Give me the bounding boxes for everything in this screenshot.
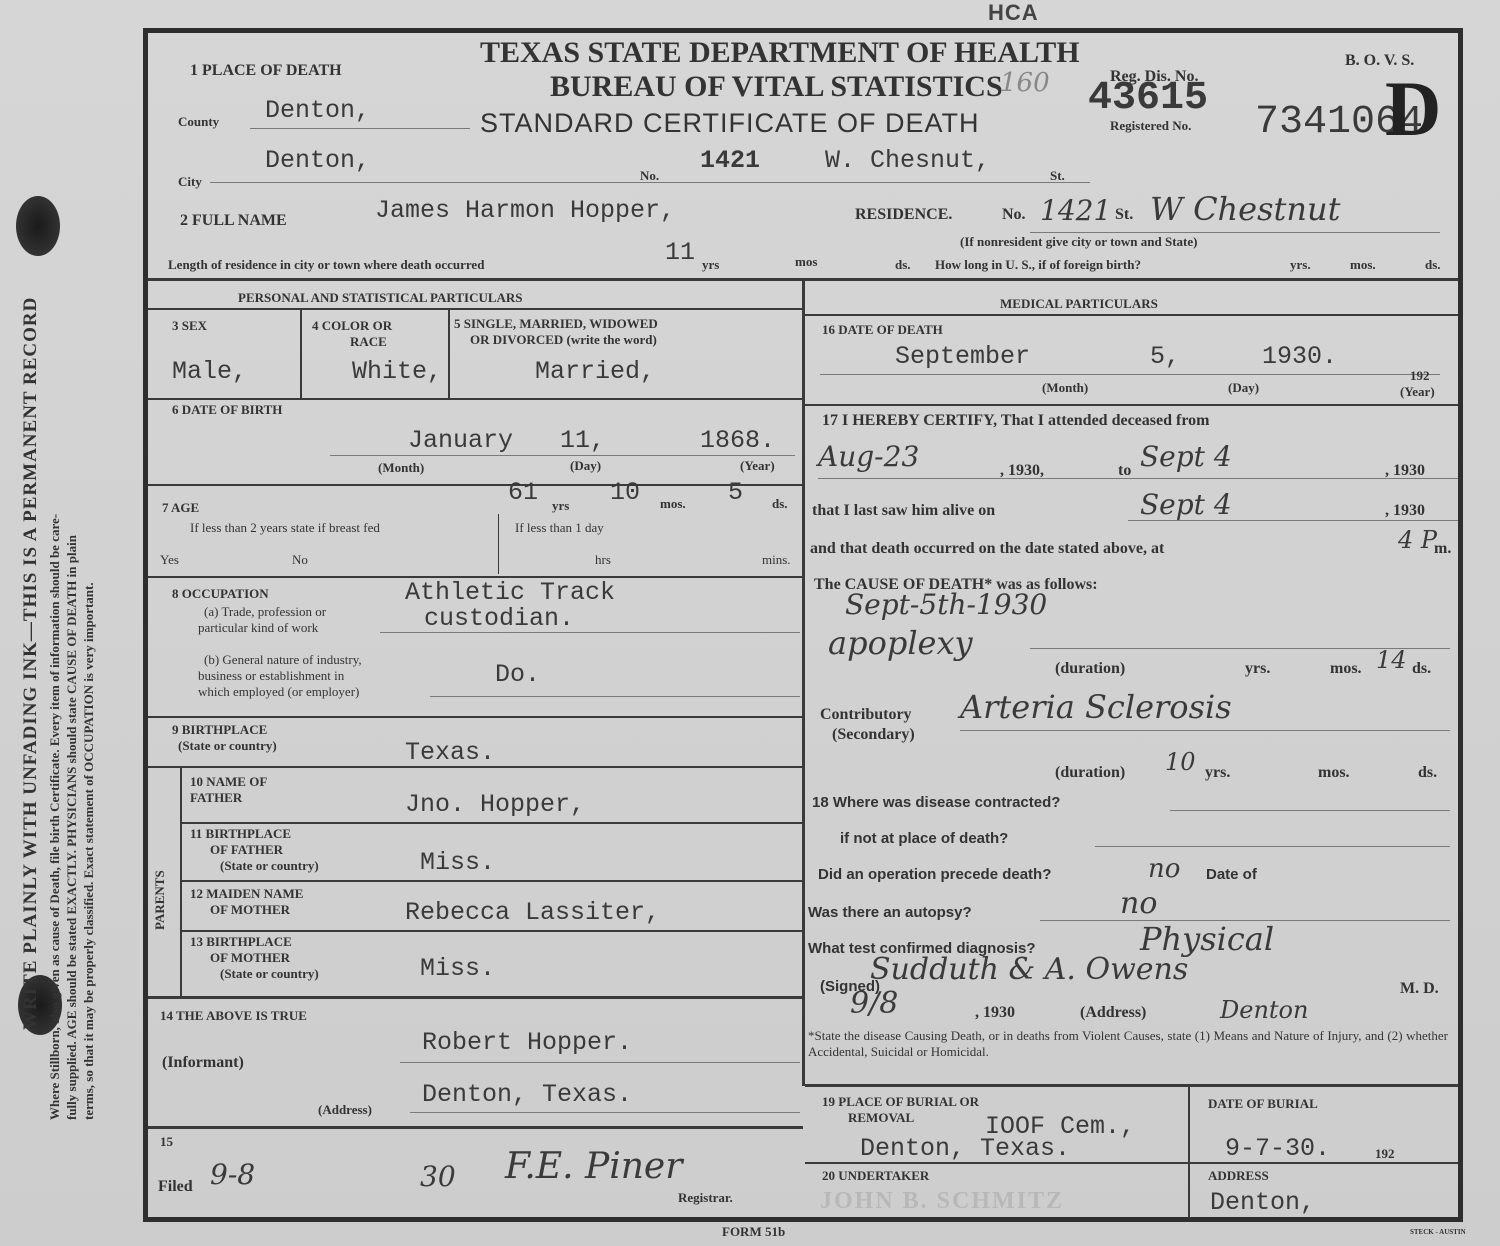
occupation-line2: custodian. bbox=[424, 604, 574, 633]
divider bbox=[805, 1162, 1458, 1164]
dod-month-label: (Month) bbox=[1042, 380, 1088, 396]
foreign-birth-label: How long in U. S., if of foreign birth? bbox=[935, 257, 1141, 273]
dod-label: 16 DATE OF DEATH bbox=[822, 322, 943, 338]
birthplace-sublabel: (State or country) bbox=[178, 738, 277, 754]
occupation-label: 8 OCCUPATION bbox=[172, 586, 269, 602]
less-day-note: If less than 1 day bbox=[515, 520, 604, 536]
filed-year: 30 bbox=[420, 1160, 456, 1193]
divider bbox=[148, 766, 803, 768]
foreign-yrs-label: yrs. bbox=[1290, 257, 1311, 273]
divider bbox=[180, 880, 803, 882]
nonresident-note: (If nonresident give city or town and St… bbox=[960, 234, 1198, 250]
contrib-duration-label: (duration) bbox=[1055, 764, 1125, 782]
contributory-label: Contributory bbox=[820, 706, 912, 724]
contrib-ds-label: ds. bbox=[1418, 764, 1437, 782]
dob-month: January bbox=[408, 426, 513, 455]
registrar-label: Registrar. bbox=[678, 1190, 733, 1206]
age-label: 7 AGE bbox=[162, 500, 199, 516]
contracted-question: 18 Where was disease contracted? bbox=[812, 794, 1060, 811]
residence-no-label: No. bbox=[1002, 206, 1026, 224]
marital-sublabel: OR DIVORCED (write the word) bbox=[470, 332, 657, 348]
mother-bp-sublabel: OF MOTHER bbox=[210, 950, 290, 966]
cause-line1: Sept-5th-1930 bbox=[845, 588, 1047, 621]
form-letter: D bbox=[1385, 64, 1441, 154]
dod-month: September bbox=[895, 342, 1030, 371]
column-divider bbox=[802, 280, 805, 1086]
undertaker-stamp: JOHN B. SCHMITZ bbox=[820, 1188, 1064, 1215]
city-line bbox=[210, 182, 1090, 183]
occ-b-label: (b) General nature of industry, bbox=[204, 652, 362, 668]
residence-street: W Chestnut bbox=[1150, 190, 1340, 228]
full-name-label: 2 FULL NAME bbox=[180, 212, 287, 230]
operation-question: Did an operation precede death? bbox=[818, 866, 1051, 883]
sex-value: Male, bbox=[172, 357, 247, 386]
age-years: 61 bbox=[508, 478, 538, 507]
not-place-question: if not at place of death? bbox=[840, 830, 1008, 847]
mos-label: mos bbox=[795, 254, 817, 270]
handwritten-number: 160 bbox=[1000, 68, 1050, 98]
date-of-label: Date of bbox=[1206, 866, 1257, 883]
foreign-mos-label: mos. bbox=[1350, 257, 1376, 273]
side-note-line: fully supplied. AGE should be stated EXA… bbox=[63, 50, 80, 1190]
attended-to: Sept 4 bbox=[1140, 440, 1232, 473]
occupation-line bbox=[380, 632, 800, 633]
occ-a-sublabel: particular kind of work bbox=[198, 620, 318, 636]
age-yrs-label: yrs bbox=[552, 498, 569, 514]
last-saw-line bbox=[1128, 520, 1458, 521]
bureau-title: BUREAU OF VITAL STATISTICS bbox=[550, 70, 1003, 104]
residence-length-yrs: 11 bbox=[665, 238, 695, 267]
county-value: Denton, bbox=[265, 96, 370, 125]
medical-section-title: MEDICAL PARTICULARS bbox=[1000, 296, 1158, 312]
undertaker-address: Denton, bbox=[1210, 1188, 1315, 1217]
attended-line bbox=[818, 478, 1458, 479]
year-label: (Year) bbox=[740, 458, 775, 474]
day-label: (Day) bbox=[570, 458, 601, 474]
informant-label: (Informant) bbox=[162, 1054, 244, 1072]
burial-date: 9-7-30. bbox=[1225, 1134, 1330, 1163]
father-name: Jno. Hopper, bbox=[405, 790, 585, 819]
city-label: City bbox=[178, 174, 202, 190]
address-label: (Address) bbox=[318, 1102, 372, 1118]
color-label: 4 COLOR OR bbox=[312, 318, 392, 334]
place-of-death-label: 1 PLACE OF DEATH bbox=[190, 62, 342, 80]
hrs-label: hrs bbox=[595, 552, 611, 568]
certify-text: 17 I HEREBY CERTIFY, That I attended dec… bbox=[822, 412, 1209, 430]
signed-year: , 1930 bbox=[975, 1004, 1015, 1022]
divider bbox=[180, 822, 803, 824]
occ-b-sublabel2: which employed (or employer) bbox=[198, 684, 359, 700]
sex-label: 3 SEX bbox=[172, 318, 207, 334]
occupation-line1: Athletic Track bbox=[405, 578, 615, 607]
divider bbox=[180, 768, 182, 996]
burial-date-192: 192 bbox=[1375, 1146, 1395, 1162]
age-days: 5 bbox=[728, 478, 743, 507]
informant-address: Denton, Texas. bbox=[422, 1080, 632, 1109]
yes-label: Yes bbox=[160, 552, 179, 568]
residence-st-label: St. bbox=[1115, 206, 1133, 224]
informant-name: Robert Hopper. bbox=[422, 1028, 632, 1057]
last-saw-date: Sept 4 bbox=[1140, 488, 1232, 521]
street-name: W. Chesnut, bbox=[825, 146, 990, 175]
reg-dis-number: 43615 bbox=[1088, 76, 1208, 121]
county-line bbox=[250, 128, 470, 129]
last-saw-text: that I last saw him alive on bbox=[812, 502, 995, 520]
cause-duration-days: 14 bbox=[1376, 646, 1407, 674]
ds-label: ds. bbox=[895, 257, 911, 273]
contrib-mos-label: mos. bbox=[1318, 764, 1350, 782]
marital-value: Married, bbox=[535, 357, 655, 386]
father-bp-sublabel: OF FATHER bbox=[210, 842, 283, 858]
father-bp-label: 11 BIRTHPLACE bbox=[190, 826, 291, 842]
divider bbox=[1188, 1086, 1190, 1218]
breast-fed-note: If less than 2 years state if breast fed bbox=[190, 520, 380, 536]
personal-section-title: PERSONAL AND STATISTICAL PARTICULARS bbox=[238, 290, 523, 306]
side-note-title: WRITE PLAINLY WITH UNFADING INK—THIS IS … bbox=[20, 50, 42, 1190]
divider bbox=[148, 308, 803, 310]
not-place-line bbox=[1095, 846, 1450, 847]
divider bbox=[148, 716, 803, 718]
mother-bp-label: 13 BIRTHPLACE bbox=[190, 934, 292, 950]
industry-line bbox=[430, 696, 800, 697]
divider bbox=[805, 314, 1458, 316]
age-ds-label: ds. bbox=[772, 496, 788, 512]
dept-title: TEXAS STATE DEPARTMENT OF HEALTH bbox=[480, 36, 1080, 70]
side-note-line: Where Stillborn, also given as cause of … bbox=[46, 50, 63, 1190]
secondary-label: (Secondary) bbox=[832, 726, 915, 744]
true-label: 14 THE ABOVE IS TRUE bbox=[160, 1008, 307, 1024]
marital-label: 5 SINGLE, MARRIED, WIDOWED bbox=[454, 316, 658, 332]
burial-date-label: DATE OF BURIAL bbox=[1208, 1096, 1318, 1112]
residence-line bbox=[1030, 232, 1440, 233]
undertaker-label: 20 UNDERTAKER bbox=[822, 1168, 929, 1184]
contracted-line bbox=[1170, 810, 1450, 811]
residence-label: RESIDENCE. bbox=[855, 206, 952, 224]
father-sublabel: FATHER bbox=[190, 790, 242, 806]
divider bbox=[498, 514, 499, 574]
address-line bbox=[410, 1112, 800, 1113]
contrib-yrs-label: yrs. bbox=[1205, 764, 1230, 782]
dod-day: 5, bbox=[1150, 342, 1180, 371]
physician-address-label: (Address) bbox=[1080, 1004, 1146, 1022]
death-certificate: HCA WRITE PLAINLY WITH UNFADING INK—THIS… bbox=[0, 0, 1500, 1246]
no-label: No bbox=[292, 552, 308, 568]
filed-date: 9-8 bbox=[210, 1158, 255, 1191]
dob-year: 1868. bbox=[700, 426, 775, 455]
dod-line bbox=[820, 374, 1440, 375]
mother-sublabel: OF MOTHER bbox=[210, 902, 290, 918]
filed-number: 15 bbox=[160, 1134, 173, 1150]
printer-mark: STECK - AUSTIN bbox=[1410, 1228, 1466, 1236]
mother-birthplace: Miss. bbox=[420, 954, 495, 983]
age-mos-label: mos. bbox=[660, 496, 686, 512]
autopsy-answer: no bbox=[1120, 886, 1157, 921]
cause-yrs-label: yrs. bbox=[1245, 660, 1270, 678]
full-name-value: James Harmon Hopper, bbox=[375, 196, 675, 225]
cause-line2: apoplexy bbox=[828, 624, 973, 662]
divider bbox=[448, 310, 450, 398]
physician-address: Denton bbox=[1220, 996, 1308, 1024]
dod-year-label: (Year) bbox=[1400, 384, 1435, 400]
signed-date: 9/8 bbox=[850, 986, 898, 1021]
foreign-ds-label: ds. bbox=[1425, 257, 1441, 273]
color-value: White, bbox=[352, 357, 442, 386]
occurred-text: and that death occurred on the date stat… bbox=[810, 540, 1164, 558]
mother-label: 12 MAIDEN NAME bbox=[190, 886, 303, 902]
age-months: 10 bbox=[610, 478, 640, 507]
undertaker-address-label: ADDRESS bbox=[1208, 1168, 1269, 1184]
burial-place-label: 19 PLACE OF BURIAL OR bbox=[822, 1094, 979, 1110]
filed-label: Filed bbox=[158, 1178, 193, 1196]
dob-line bbox=[330, 455, 795, 456]
registrar-signature: F.E. Piner bbox=[505, 1146, 682, 1187]
divider bbox=[148, 484, 803, 486]
burial-place-line2: Denton, Texas. bbox=[860, 1134, 1070, 1163]
physician-signature: Sudduth & A. Owens bbox=[870, 952, 1188, 987]
occ-a-label: (a) Trade, profession or bbox=[204, 604, 326, 620]
certificate-title: STANDARD CERTIFICATE OF DEATH bbox=[480, 108, 980, 139]
divider bbox=[148, 1126, 803, 1129]
father-label: 10 NAME OF bbox=[190, 774, 267, 790]
cause-duration-label: (duration) bbox=[1055, 660, 1125, 678]
dod-192: 192 bbox=[1410, 368, 1430, 384]
divider bbox=[180, 930, 803, 932]
divider bbox=[148, 996, 803, 999]
stamp-hca: HCA bbox=[988, 0, 1039, 26]
mother-bp-sublabel2: (State or country) bbox=[220, 966, 319, 982]
side-note-line: terms, so that it may be properly classi… bbox=[80, 50, 97, 1190]
informant-line bbox=[400, 1062, 800, 1063]
dob-label: 6 DATE OF BIRTH bbox=[172, 402, 282, 418]
registered-label: Registered No. bbox=[1110, 118, 1191, 134]
divider bbox=[805, 1084, 1458, 1087]
autopsy-question: Was there an autopsy? bbox=[808, 904, 972, 921]
removal-label: REMOVAL bbox=[848, 1110, 914, 1126]
parents-label: PARENTS bbox=[152, 870, 168, 930]
father-bp-sublabel2: (State or country) bbox=[220, 858, 319, 874]
occ-b-sublabel: business or establishment in bbox=[198, 668, 344, 684]
m-label: m. bbox=[1434, 540, 1451, 558]
county-label: County bbox=[178, 114, 219, 130]
race-label: RACE bbox=[350, 334, 387, 350]
residence-length-label: Length of residence in city or town wher… bbox=[168, 257, 484, 273]
last-saw-year: , 1930 bbox=[1385, 502, 1425, 520]
dob-day: 11, bbox=[560, 426, 605, 455]
cause-ds-label: ds. bbox=[1412, 660, 1431, 678]
industry-value: Do. bbox=[495, 660, 540, 689]
contributory-line bbox=[960, 730, 1450, 731]
death-time: 4 P bbox=[1398, 526, 1437, 554]
cause-mos-label: mos. bbox=[1330, 660, 1362, 678]
divider bbox=[805, 404, 1458, 406]
yrs-label: yrs bbox=[702, 257, 719, 273]
cause-footnote: *State the disease Causing Death, or in … bbox=[808, 1028, 1448, 1060]
operation-answer: no bbox=[1148, 854, 1180, 884]
dod-day-label: (Day) bbox=[1228, 380, 1259, 396]
attended-from: Aug-23 bbox=[818, 440, 919, 473]
street-number: 1421 bbox=[700, 146, 760, 175]
divider bbox=[148, 398, 803, 400]
contributory-cause: Arteria Sclerosis bbox=[960, 688, 1232, 726]
birthplace-value: Texas. bbox=[405, 738, 495, 767]
divider bbox=[300, 310, 302, 398]
contrib-duration-years: 10 bbox=[1165, 748, 1196, 776]
mother-name: Rebecca Lassiter, bbox=[405, 898, 660, 927]
residence-no: 1421 bbox=[1040, 194, 1111, 227]
birthplace-label: 9 BIRTHPLACE bbox=[172, 722, 267, 738]
md-label: M. D. bbox=[1400, 980, 1439, 998]
form-number: FORM 51b bbox=[722, 1224, 785, 1240]
city-value: Denton, bbox=[265, 146, 370, 175]
mins-label: mins. bbox=[762, 552, 791, 568]
side-instructions: WRITE PLAINLY WITH UNFADING INK—THIS IS … bbox=[20, 50, 97, 1190]
father-birthplace: Miss. bbox=[420, 848, 495, 877]
dod-year: 1930. bbox=[1262, 342, 1337, 371]
month-label: (Month) bbox=[378, 460, 424, 476]
